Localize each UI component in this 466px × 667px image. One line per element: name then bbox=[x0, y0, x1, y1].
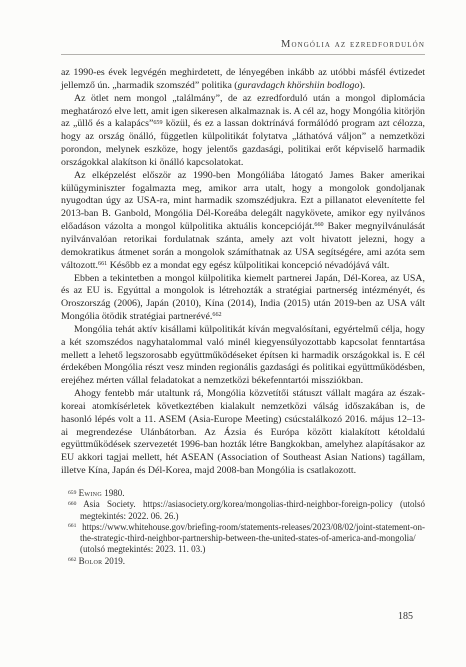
text-run: Ebben a tekintetben a mongol külpolitika… bbox=[61, 273, 425, 323]
page-number: 185 bbox=[398, 611, 413, 622]
paragraph: Ahogy fentebb már utaltunk rá, Mongólia … bbox=[61, 388, 425, 478]
footnote: 661 https://www.whitehouse.gov/briefing-… bbox=[61, 522, 425, 556]
footnote-reference: 659 bbox=[153, 120, 162, 126]
footnote: 660 Asia Society. https://asiasociety.or… bbox=[61, 499, 425, 522]
running-header: Mongólia az ezredfordulón bbox=[61, 38, 425, 55]
paragraph: Mongólia tehát aktív kisállami külpoliti… bbox=[61, 324, 425, 388]
footnote-number: 660 bbox=[68, 501, 76, 507]
small-caps-author: Ewing bbox=[79, 488, 102, 498]
text-run: Ahogy fentebb már utaltunk rá, Mongólia … bbox=[61, 388, 425, 476]
page-content: Mongólia az ezredfordulón az 1990-es éve… bbox=[61, 38, 425, 567]
text-run: Asia Society. https://asiasociety.org/ko… bbox=[80, 499, 425, 520]
paragraph: Az ötlet nem mongol „találmány”, de az e… bbox=[61, 93, 425, 170]
footnote-number: 659 bbox=[68, 490, 76, 496]
text-run: Később ez a mondat egy egész külpolitika… bbox=[107, 260, 389, 271]
paragraph: Ebben a tekintetben a mongol külpolitika… bbox=[61, 273, 425, 324]
footnote: 659 Ewing 1980. bbox=[61, 488, 425, 499]
paragraph: az 1990-es évek legvégén meghirdetett, d… bbox=[61, 67, 425, 93]
book-page: Mongólia az ezredfordulón az 1990-es éve… bbox=[0, 0, 466, 667]
text-run: ). bbox=[359, 80, 365, 91]
text-run: 2019. bbox=[102, 556, 125, 566]
footnotes: 659 Ewing 1980.660 Asia Society. https:/… bbox=[61, 488, 425, 567]
body-text: az 1990-es évek legvégén meghirdetett, d… bbox=[61, 67, 425, 478]
footnote-reference: 661 bbox=[98, 261, 107, 267]
paragraph: Az elképzelést először az 1990-ben Mongó… bbox=[61, 170, 425, 273]
text-run: Mongólia tehát aktív kisállami külpoliti… bbox=[61, 324, 425, 386]
small-caps-author: Bolor bbox=[79, 556, 103, 566]
footnote-reference: 662 bbox=[212, 312, 221, 318]
text-run: 1980. bbox=[102, 488, 125, 498]
text-run: https://www.whitehouse.gov/briefing-room… bbox=[80, 522, 425, 555]
footnote-number: 661 bbox=[68, 523, 76, 529]
footnote-reference: 660 bbox=[314, 222, 323, 228]
footnote: 662 Bolor 2019. bbox=[61, 556, 425, 567]
italic-phrase: guravdagch khörshiin bodlogo bbox=[238, 80, 360, 91]
footnote-number: 662 bbox=[68, 557, 76, 563]
